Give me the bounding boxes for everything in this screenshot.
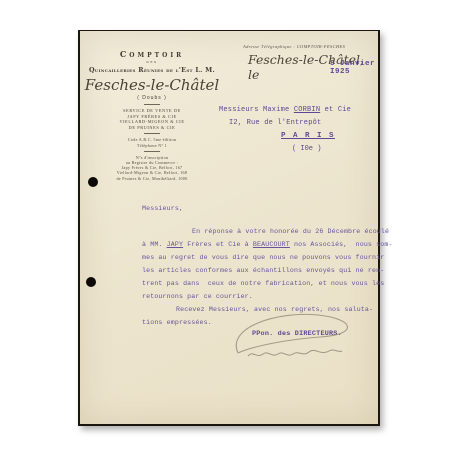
divider <box>144 151 160 152</box>
company-name: Quincailleries Réunies de l'Est L. M. <box>80 66 224 74</box>
body-line: les articles conformes aux échantillons … <box>142 267 384 274</box>
body-text: nos Associés, nous som- <box>290 241 393 248</box>
dateline-date: 8 Janvier I925 <box>330 60 378 76</box>
photo-frame: Comptoir des Quincailleries Réunies de l… <box>0 0 458 458</box>
recipient-line: Messieurs Maxime CORBIN et Cie <box>219 106 351 114</box>
body-text: à MM. <box>142 241 167 248</box>
body-line: En réponse à votre honorée du 26 Décembr… <box>192 228 389 235</box>
letter-paper: Comptoir des Quincailleries Réunies de l… <box>78 30 380 426</box>
company-title-des: des <box>80 60 224 65</box>
letterhead: Comptoir des Quincailleries Réunies de l… <box>80 49 224 181</box>
divider <box>144 133 160 134</box>
body-text: Frères et Cie à <box>183 241 253 248</box>
company-title: Comptoir <box>80 49 224 59</box>
body-line: trent pas dans ceux de notre fabrication… <box>142 280 384 287</box>
body-line: retournons par ce courrier. <box>142 293 253 300</box>
letterhead-department: ( Doubs ) <box>80 95 224 101</box>
body-line: tions empressées. <box>142 319 212 326</box>
recipient-salutation: Messieurs Maxime <box>219 106 294 114</box>
registry-entry: de Pruines & Cie, Montbéliard, 1000 <box>80 176 224 181</box>
handwritten-signature <box>208 307 388 369</box>
body-text-underlined: JAPY <box>167 241 183 248</box>
phone-line: Téléphone N° 1 <box>80 143 224 148</box>
recipient-street: I2, Rue de l'Entrepôt <box>229 119 321 127</box>
service-company: de Pruines & Cie <box>80 125 224 131</box>
letterhead-place: Fesches-le-Châtel <box>80 76 224 94</box>
body-line: à MM. JAPY Frères et Cie à BEAUCOURT nos… <box>142 241 393 248</box>
recipient-district: ( I0e ) <box>292 145 321 153</box>
recipient-suffix: et Cie <box>320 106 351 114</box>
telegraph-address: Adresse Télégraphique : COMPTOIR-FESCHES <box>243 44 378 49</box>
punch-hole-icon <box>86 277 96 287</box>
body-text-underlined: BEAUCOURT <box>253 241 290 248</box>
recipient-city: P A R I S <box>281 132 335 140</box>
recipient-name: CORBIN <box>294 106 320 114</box>
salutation: Messieurs, <box>142 205 183 212</box>
body-line: mes au regret de vous dire que nous ne p… <box>142 254 384 261</box>
divider <box>144 104 160 105</box>
